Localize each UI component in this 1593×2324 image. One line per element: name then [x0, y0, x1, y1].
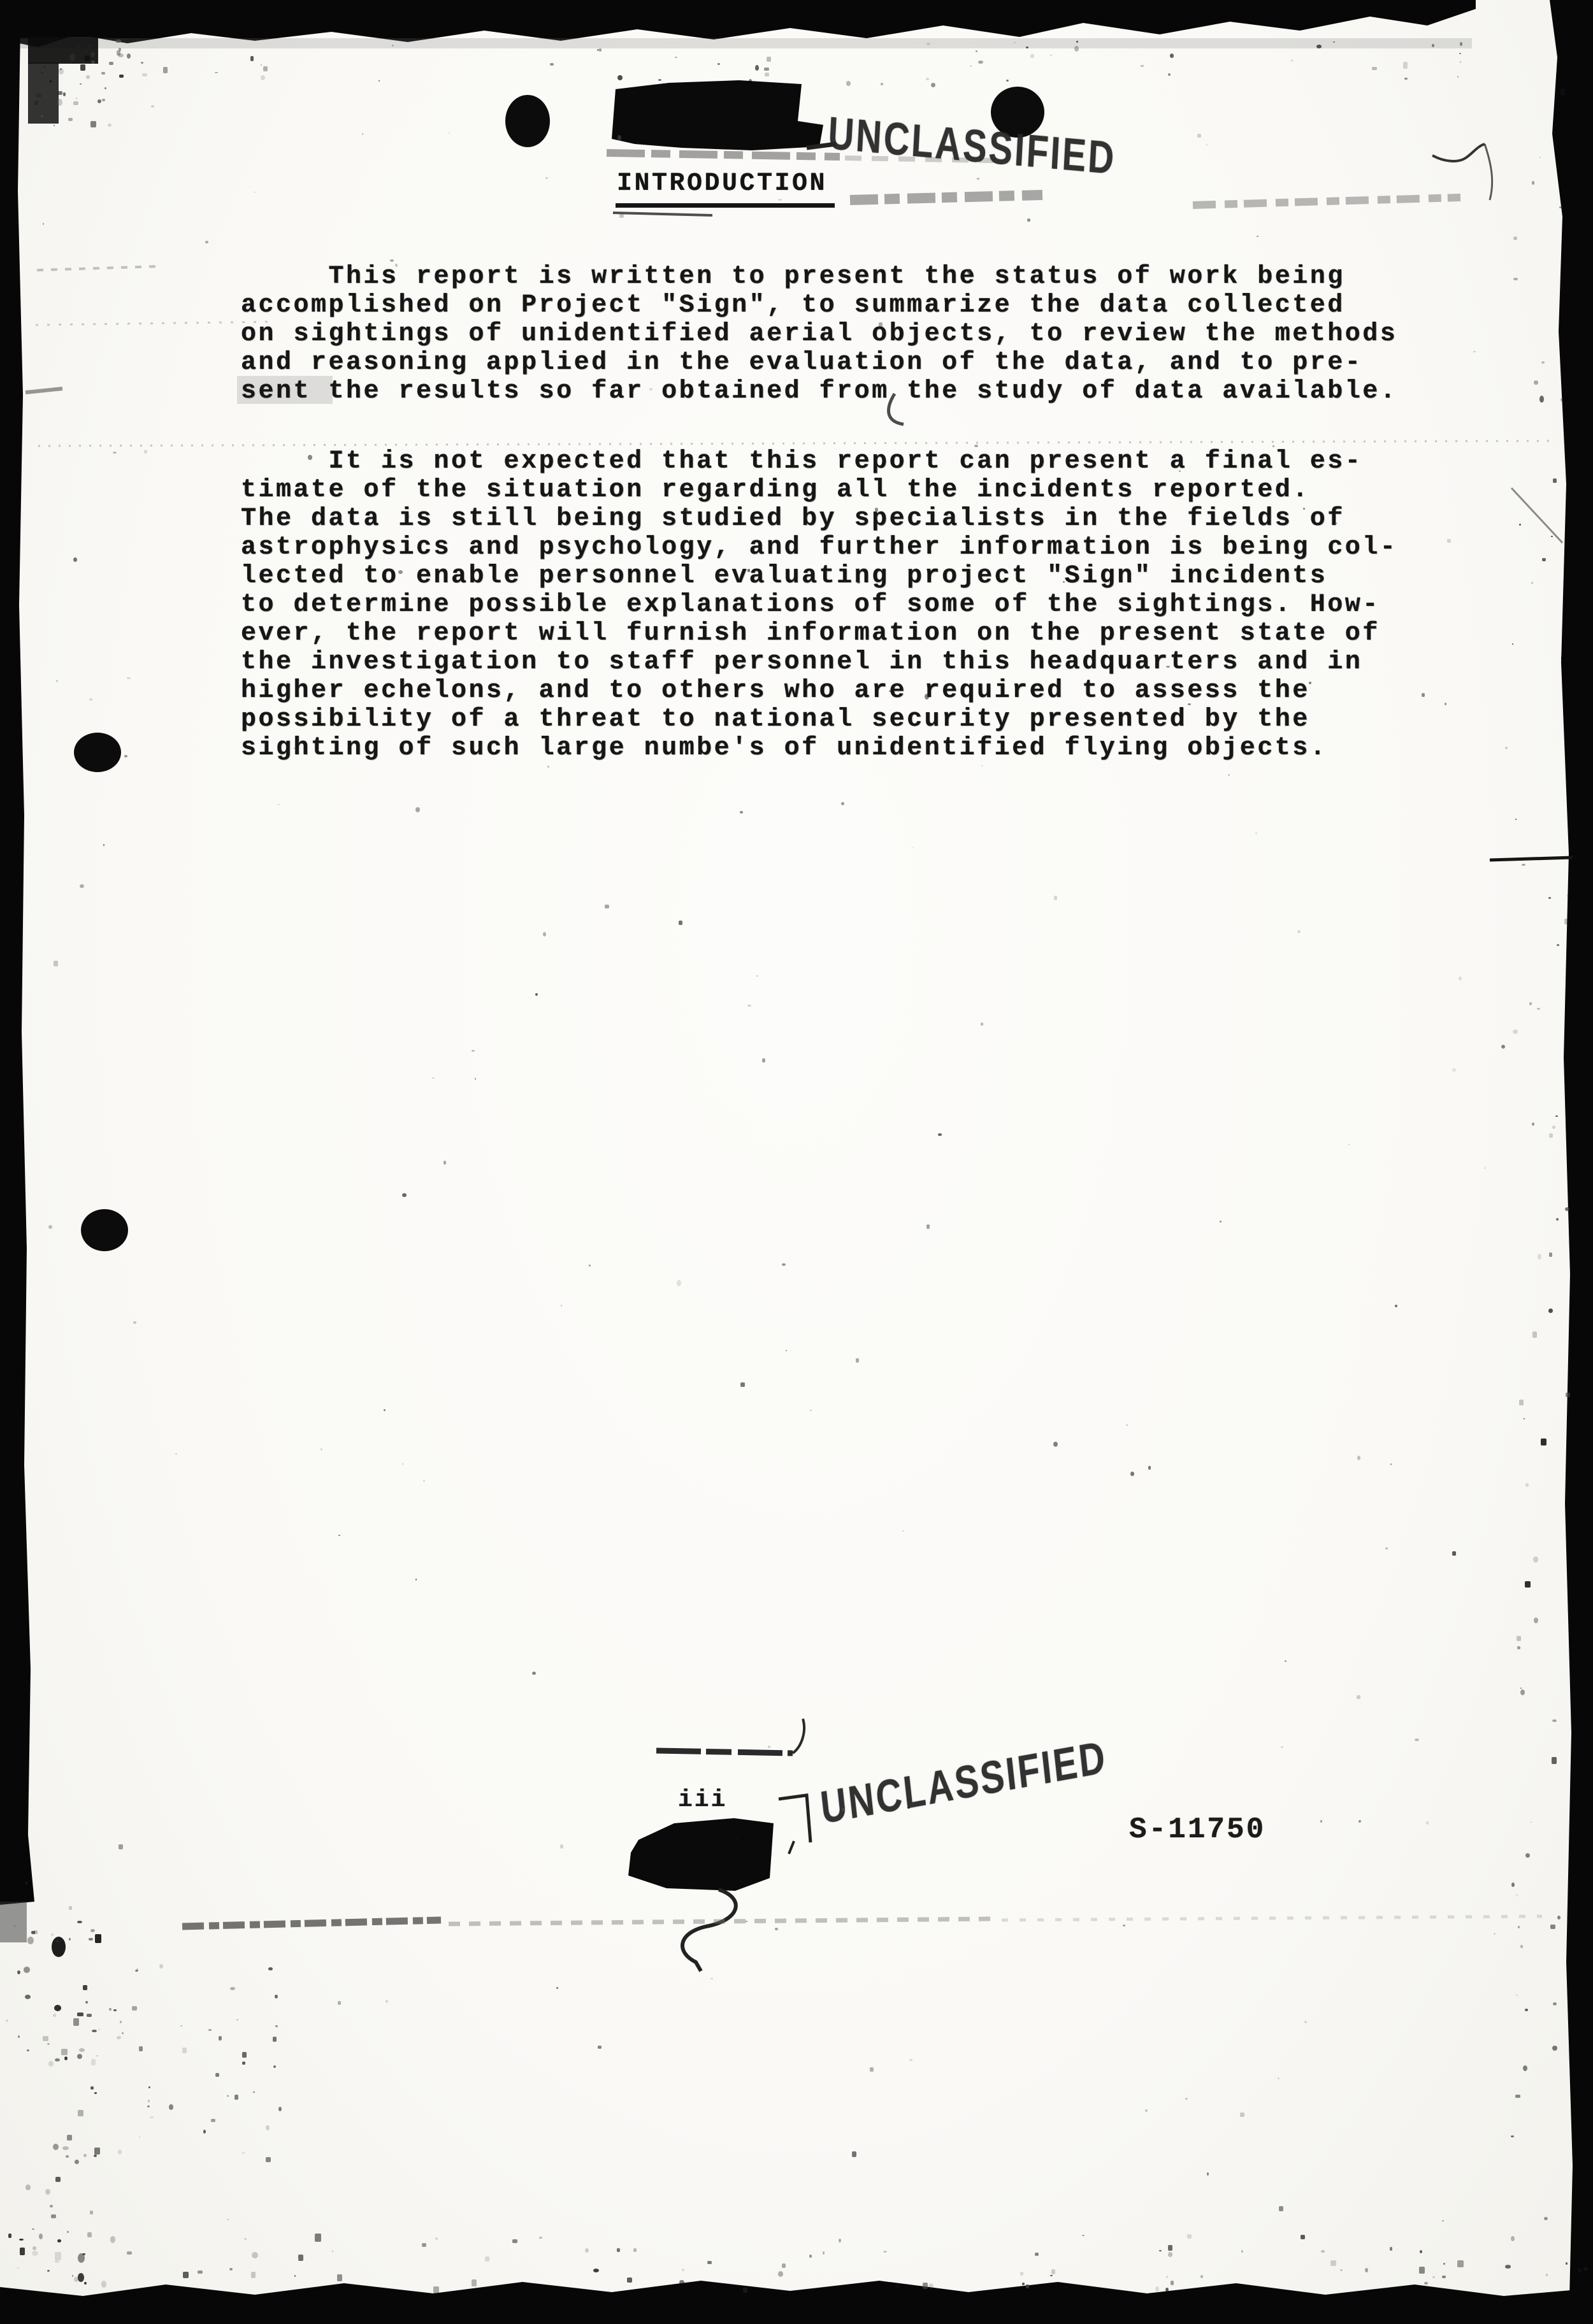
scan-speck	[127, 677, 131, 679]
scan-speck	[1552, 2046, 1557, 2051]
scan-speck	[1297, 930, 1301, 933]
scan-speck	[926, 78, 929, 80]
scan-speck	[332, 2251, 333, 2252]
scan-speck	[110, 2236, 115, 2243]
scan-speck	[80, 884, 84, 888]
scan-speck	[90, 2211, 93, 2214]
scan-speck	[1524, 1418, 1525, 1419]
scan-speck	[234, 2095, 238, 2100]
scan-speck	[1517, 1636, 1521, 1641]
scan-speck	[252, 2252, 258, 2258]
scan-speck	[561, 1305, 562, 1307]
scan-speck	[1171, 2281, 1174, 2285]
scan-speck	[543, 932, 546, 936]
scan-speck	[1053, 1442, 1058, 1447]
scan-speck	[912, 847, 914, 848]
scan-speck	[1206, 144, 1207, 146]
scan-speck	[120, 2021, 122, 2023]
scan-speck	[1330, 2260, 1336, 2266]
scan-speck	[56, 680, 58, 682]
scan-speck	[593, 2269, 599, 2272]
scan-speck	[89, 1938, 93, 1940]
scan-speck	[1459, 53, 1461, 54]
scan-speck	[338, 2001, 341, 2005]
scan-speck	[91, 2059, 96, 2065]
scan-speck	[978, 61, 983, 64]
scan-speck	[1076, 41, 1078, 43]
scan-speck	[141, 62, 143, 64]
scan-speck	[57, 99, 62, 106]
scan-speck	[1552, 1719, 1557, 1722]
scan-speck	[1333, 41, 1335, 43]
scan-speck	[1278, 2077, 1279, 2079]
scan-speck	[118, 2149, 122, 2155]
scan-speck	[456, 391, 459, 394]
scan-speck	[80, 64, 85, 71]
scan-speck	[638, 2289, 640, 2292]
scan-speck	[182, 2048, 187, 2053]
scan-speck	[432, 1077, 435, 1079]
scan-speck	[658, 79, 661, 81]
scan-speck	[841, 802, 844, 805]
scan-speck	[1255, 833, 1257, 834]
scan-speck	[846, 81, 851, 86]
scan-speck	[649, 388, 652, 391]
scan-speck	[1022, 2283, 1025, 2285]
scan-speck	[1561, 89, 1565, 96]
scan-speck	[215, 72, 218, 73]
scan-speck	[977, 178, 979, 180]
scan-speck	[902, 1530, 904, 1531]
scan-speck	[62, 2146, 69, 2150]
scan-speck	[24, 1967, 30, 1973]
scan-speck	[321, 1448, 322, 1451]
scan-speck	[1240, 2112, 1244, 2117]
scan-speck	[402, 1193, 407, 1197]
scan-speck	[83, 2154, 87, 2157]
scan-speck	[1525, 1853, 1530, 1858]
scan-speck	[1272, 445, 1274, 447]
scan-speck	[1027, 219, 1030, 222]
scan-speck	[151, 105, 154, 108]
scan-speck	[43, 2036, 48, 2041]
scan-speck	[69, 1938, 71, 1940]
scan-speck	[266, 2125, 270, 2130]
scan-speck	[253, 2091, 255, 2093]
scan-speck	[617, 75, 623, 80]
scan-speck	[25, 1995, 31, 1999]
scan-speck	[1141, 65, 1144, 67]
scan-speck	[1445, 703, 1446, 705]
scan-speck	[433, 2286, 439, 2294]
scan-speck	[39, 2234, 43, 2239]
scan-speck	[48, 1225, 52, 1229]
scan-speck	[1006, 80, 1009, 82]
scan-speck	[294, 748, 295, 749]
scan-speck	[95, 1934, 101, 1943]
scan-speck	[1564, 919, 1569, 924]
scan-speck	[589, 1265, 591, 1266]
scan-speck	[1290, 59, 1294, 62]
scan-speck	[68, 118, 73, 121]
scan-speck	[261, 75, 265, 80]
scan-speck	[1419, 2267, 1425, 2274]
scan-speck	[875, 508, 878, 512]
scan-speck	[680, 1751, 684, 1753]
scan-speck	[163, 67, 168, 73]
scan-speck	[1585, 2257, 1587, 2260]
scan-speck	[1551, 536, 1553, 537]
scan-speck	[208, 2029, 212, 2031]
scan-speck	[109, 2008, 112, 2011]
scan-speck	[926, 43, 930, 45]
scan-speck	[1130, 1472, 1134, 1476]
scan-speck	[169, 2104, 173, 2110]
scan-speck	[1279, 2206, 1283, 2211]
scan-speck	[675, 57, 677, 58]
scan-speck	[32, 2228, 34, 2230]
scan-speck	[1035, 2253, 1039, 2256]
scan-speck	[337, 2274, 342, 2281]
scan-speck	[51, 2214, 56, 2218]
scan-speck	[1357, 1456, 1360, 1460]
scan-speck	[1168, 2252, 1172, 2257]
scan-speck	[545, 177, 548, 179]
scan-speck	[532, 1672, 536, 1675]
scan-speck	[94, 2148, 100, 2155]
scan-speck	[1166, 666, 1170, 668]
scan-speck	[18, 2035, 20, 2038]
scan-speck	[116, 39, 121, 43]
scan-speck	[1546, 2274, 1548, 2276]
scan-speck	[1309, 682, 1311, 684]
scan-speck	[67, 2135, 72, 2141]
scan-speck	[1420, 2250, 1422, 2253]
scan-speck	[1390, 1463, 1392, 1465]
scan-speck	[1520, 1688, 1522, 1689]
scan-speck	[64, 2056, 68, 2060]
scan-speck	[63, 92, 66, 96]
scan-speck	[560, 1844, 563, 1849]
scan-speck	[883, 2251, 887, 2253]
scan-speck	[17, 1970, 20, 1974]
scan-speck	[127, 2251, 132, 2255]
scan-speck	[41, 115, 43, 117]
scan-speck	[633, 2248, 637, 2252]
scan-speck	[392, 45, 394, 47]
scan-speck	[390, 259, 394, 262]
scan-speck	[684, 508, 688, 512]
scan-speck	[423, 1480, 425, 1482]
scan-speck	[275, 1995, 278, 1998]
scan-speck	[1538, 1254, 1541, 1259]
scan-speck	[73, 101, 78, 105]
scan-speck	[1452, 1551, 1456, 1556]
scan-speck	[906, 2284, 907, 2285]
scan-speck	[1501, 1045, 1505, 1049]
scan-speck	[85, 2001, 88, 2004]
scan-speck	[1442, 2220, 1444, 2221]
scan-speck	[51, 1933, 54, 1936]
scan-speck	[1583, 2267, 1588, 2270]
scan-speck	[275, 2025, 278, 2027]
scan-speck	[45, 2189, 50, 2195]
scan-speck	[54, 2005, 61, 2011]
scan-speck	[294, 2275, 296, 2277]
scan-speck	[91, 61, 95, 64]
scan-speck	[244, 2238, 247, 2240]
scan-speck	[180, 2025, 182, 2026]
scan-speck	[1145, 2109, 1148, 2112]
scan-speck	[1542, 558, 1546, 561]
scan-speck	[86, 75, 90, 79]
scan-speck	[1074, 46, 1079, 52]
scan-speck	[84, 2282, 87, 2285]
scan-noise-layer	[0, 0, 1593, 2324]
scan-speck	[765, 73, 769, 76]
scan-speck	[1505, 747, 1508, 749]
scan-speck	[1050, 55, 1052, 56]
scan-speck	[1505, 2265, 1511, 2269]
scan-speck	[1539, 157, 1541, 158]
scan-speck	[1336, 522, 1337, 524]
scan-speck	[617, 2248, 620, 2252]
scan-speck	[1179, 470, 1181, 472]
scan-speck	[1548, 897, 1551, 899]
scan-speck	[266, 2157, 271, 2162]
scan-speck	[34, 101, 38, 105]
scan-speck	[1517, 1646, 1520, 1649]
scan-speck	[1026, 47, 1028, 48]
scan-speck	[35, 2293, 40, 2296]
scan-speck	[87, 2014, 92, 2017]
scan-speck	[605, 905, 609, 908]
scan-speck	[1013, 42, 1016, 43]
scan-speck	[677, 1280, 681, 1286]
scan-speck	[92, 2030, 97, 2032]
scan-speck	[17, 2267, 19, 2269]
scan-speck	[38, 110, 42, 113]
scan-speck	[764, 68, 769, 71]
scan-speck	[443, 1161, 446, 1165]
scan-speck	[1548, 1309, 1553, 1313]
scan-speck	[1452, 1068, 1456, 1072]
scan-speck	[1552, 1757, 1557, 1764]
scan-speck	[1126, 1424, 1128, 1426]
scan-speck	[1166, 2276, 1168, 2278]
scan-speck	[435, 2237, 438, 2240]
scan-speck	[1559, 206, 1562, 208]
scan-speck	[50, 2205, 53, 2207]
scan-speck	[1512, 643, 1513, 645]
scan-speck	[923, 2283, 928, 2289]
scan-speck	[278, 804, 280, 805]
scan-speck	[97, 99, 101, 103]
scan-speck	[879, 322, 883, 327]
scan-speck	[422, 2243, 426, 2247]
scan-speck	[25, 2184, 31, 2190]
scan-speck	[68, 36, 71, 39]
scan-speck	[73, 557, 77, 562]
scan-speck	[219, 2036, 222, 2041]
scan-speck	[619, 214, 624, 218]
scan-speck	[227, 2095, 229, 2097]
scan-speck	[1578, 2269, 1582, 2272]
scan-speck	[852, 2151, 856, 2157]
scan-speck	[1556, 1218, 1559, 1221]
scan-speck	[356, 464, 359, 467]
scan-speck	[122, 2032, 124, 2034]
scan-speck	[472, 2279, 477, 2286]
scan-speck	[298, 2255, 303, 2261]
scan-speck	[1148, 1466, 1151, 1470]
scan-speck	[1320, 1820, 1322, 1823]
scan-speck	[32, 2246, 36, 2250]
scan-speck	[556, 1987, 558, 1989]
scan-speck	[1443, 2263, 1445, 2265]
scan-speck	[1050, 2275, 1053, 2276]
scan-speck	[1537, 1008, 1540, 1010]
scan-speck	[43, 223, 44, 225]
scan-speck	[476, 297, 479, 299]
scan-speck	[809, 2255, 812, 2258]
scan-speck	[1082, 2235, 1085, 2236]
scan-speck	[230, 1987, 235, 1990]
scan-speck	[1432, 44, 1434, 47]
scan-speck	[976, 50, 977, 52]
scan-speck	[229, 2268, 233, 2270]
scan-speck	[73, 2018, 79, 2026]
scan-speck	[94, 2092, 97, 2094]
scan-speck	[1519, 524, 1521, 526]
scan-speck	[1442, 2276, 1446, 2278]
scan-speck	[974, 445, 978, 447]
scan-speck	[1557, 944, 1559, 946]
scan-speck	[1054, 896, 1057, 900]
scan-speck	[1460, 61, 1461, 63]
scan-speck	[72, 2275, 73, 2277]
scan-speck	[756, 975, 758, 977]
scan-speck	[881, 83, 883, 85]
scan-speck	[1304, 2021, 1307, 2023]
scan-speck	[58, 91, 62, 95]
scan-speck	[20, 2248, 25, 2255]
scan-speck	[710, 1978, 713, 1979]
scan-speck	[386, 2000, 388, 2003]
scan-speck	[1404, 78, 1408, 80]
scan-speck	[1529, 1002, 1532, 1005]
scan-speck	[119, 48, 121, 51]
scan-speck	[31, 1931, 35, 1934]
scan-speck	[50, 80, 52, 83]
scan-speck	[105, 36, 107, 38]
scan-speck	[585, 2248, 589, 2253]
scan-speck	[1549, 1133, 1553, 1138]
scan-speck	[931, 83, 935, 87]
scan-speck	[315, 2234, 321, 2242]
scan-speck	[78, 2110, 83, 2116]
scan-speck	[415, 1579, 417, 1581]
scan-speck	[1550, 1925, 1555, 1929]
scan-speck	[1460, 42, 1462, 46]
scan-speck	[14, 1925, 15, 1927]
scan-speck	[113, 2009, 117, 2011]
scan-speck	[842, 1808, 845, 1811]
scan-speck	[1523, 2065, 1527, 2071]
scan-speck	[1511, 2135, 1514, 2137]
scan-speck	[241, 2152, 245, 2154]
scan-speck	[57, 1940, 58, 1942]
scan-speck	[1534, 380, 1538, 385]
scan-speck	[1515, 819, 1517, 820]
scan-speck	[1170, 54, 1174, 58]
scan-speck	[755, 65, 759, 71]
scan-speck	[74, 2277, 78, 2282]
scan-speck	[839, 2239, 841, 2242]
scan-speck	[198, 2270, 203, 2274]
scan-speck	[547, 766, 549, 768]
scan-speck	[743, 2288, 747, 2293]
scan-speck	[183, 2272, 189, 2278]
scan-speck	[599, 48, 602, 52]
scan-speck	[1541, 361, 1545, 364]
scan-speck	[856, 1358, 859, 1363]
scan-speck	[1557, 1916, 1561, 1919]
scan-speck	[1020, 2272, 1023, 2276]
scan-speck	[1285, 727, 1286, 728]
scan-speck	[395, 264, 398, 267]
scan-speck	[1026, 2285, 1029, 2288]
scan-speck	[76, 97, 77, 99]
scan-speck	[20, 1890, 22, 1891]
scan-speck	[415, 807, 420, 812]
scan-speck	[6, 2019, 8, 2022]
scan-speck	[55, 2260, 59, 2263]
scan-speck	[1566, 1393, 1570, 1397]
scan-speck	[55, 2058, 60, 2062]
scan-speck	[89, 45, 92, 47]
scan-speck	[79, 2048, 85, 2052]
scan-speck	[78, 2273, 84, 2282]
scan-speck	[119, 75, 124, 78]
scan-speck	[83, 1985, 87, 1990]
scan-speck	[1168, 2245, 1172, 2251]
scan-speck	[90, 1929, 95, 1932]
scan-speck	[1520, 1689, 1525, 1695]
scan-speck	[889, 691, 891, 692]
scan-speck	[119, 1844, 123, 1849]
scan-speck	[627, 2277, 632, 2283]
scan-speck	[254, 192, 256, 192]
scan-speck	[139, 2046, 143, 2051]
scan-speck	[768, 1746, 770, 1748]
scan-speck	[124, 755, 127, 757]
scan-speck	[775, 1928, 778, 1930]
scan-speck	[1525, 1483, 1529, 1487]
scan-speck	[36, 94, 41, 97]
scan-speck	[1281, 1746, 1283, 1748]
scan-speck	[1553, 478, 1557, 483]
scan-speck	[1372, 67, 1377, 70]
scan-speck	[749, 79, 752, 83]
scan-speck	[105, 87, 106, 89]
scan-speck	[148, 2100, 150, 2102]
scan-speck	[263, 66, 268, 71]
scan-speck	[1511, 1883, 1515, 1887]
scan-speck	[1023, 357, 1026, 359]
scan-speck	[273, 2065, 276, 2068]
scan-speck	[1187, 2234, 1192, 2239]
